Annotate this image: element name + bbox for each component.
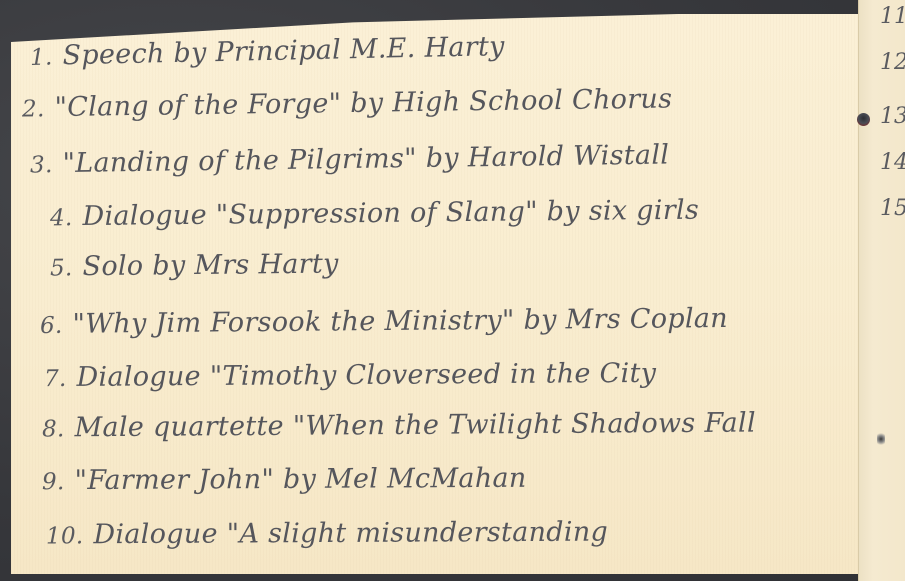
item-number: 1. — [30, 45, 53, 71]
program-item: 7.Dialogue "Timothy Cloverseed in the Ci… — [44, 358, 656, 393]
page-number: 14 — [880, 150, 905, 175]
page-number: 12 — [880, 50, 905, 75]
item-number: 8. — [42, 416, 65, 442]
item-text: "Why Jim Forsook the Ministry" by Mrs Co… — [72, 303, 728, 340]
item-number: 10. — [46, 523, 84, 549]
item-number: 3. — [30, 152, 53, 178]
program-item: 6."Why Jim Forsook the Ministry" by Mrs … — [40, 303, 728, 340]
program-item: 9."Farmer John" by Mel McMahan — [42, 463, 527, 497]
item-text: Dialogue "Suppression of Slang" by six g… — [82, 195, 699, 232]
page-number: 13 — [880, 104, 905, 129]
item-number: 2. — [22, 96, 45, 122]
item-number: 7. — [44, 366, 67, 392]
item-number: 6. — [40, 313, 63, 339]
item-number: 4. — [50, 205, 73, 231]
item-number: 5. — [50, 255, 73, 281]
item-text: Male quartette "When the Twilight Shadow… — [74, 408, 756, 444]
next-page-edge — [858, 0, 905, 581]
paper-tear — [877, 432, 885, 446]
item-text: "Farmer John" by Mel McMahan — [74, 463, 526, 496]
page-number: 15 — [880, 196, 905, 221]
item-number: 9. — [42, 469, 65, 495]
punch-hole — [857, 113, 870, 126]
program-item: 5.Solo by Mrs Harty — [50, 248, 339, 282]
program-item: 8.Male quartette "When the Twilight Shad… — [42, 408, 756, 444]
page-number: 11 — [880, 4, 905, 29]
item-text: Solo by Mrs Harty — [82, 248, 338, 282]
item-text: Dialogue "Timothy Cloverseed in the City — [76, 358, 656, 393]
program-item: 10.Dialogue "A slight misunderstanding — [46, 517, 608, 551]
item-text: Dialogue "A slight misunderstanding — [93, 517, 608, 551]
scanned-document: 1.Speech by Principal M.E. Harty 2."Clan… — [0, 0, 905, 581]
